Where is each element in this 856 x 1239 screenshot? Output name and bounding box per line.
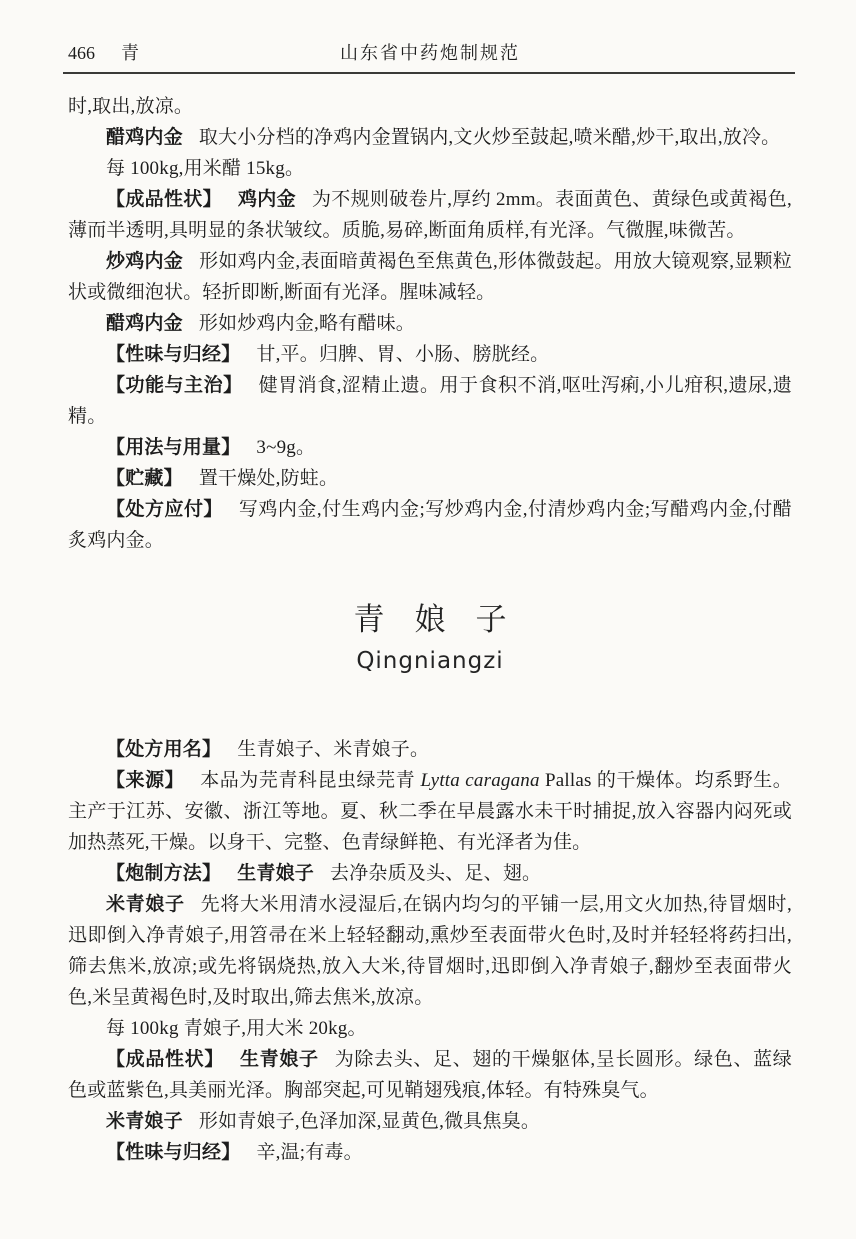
para-gongneng-zhuzhi: 【功能与主治】健胃消食,涩精止遗。用于食积不消,呕吐泻痢,小儿疳积,遗尿,遗精。 [68,370,792,432]
monograph-title-block: 青娘子 Qingniangzi [68,602,792,676]
paragraph-text: 甘,平。归脾、胃、小肠、膀胱经。 [256,344,549,365]
scanned-book-page: 466 青 山东省中药炮制规范 时,取出,放凉。 醋鸡内金取大小分档的净鸡内金置… [0,0,856,1239]
paragraph-text: 本品为芫青科昆虫绿芫青 [200,770,420,791]
drug-subname: 醋鸡内金 [106,313,183,334]
para-chufang-yongming: 【处方用名】生青娘子、米青娘子。 [68,734,792,765]
para-yongfa-yongliang: 【用法与用量】3~9g。 [68,432,792,463]
drug-subname: 炒鸡内金 [106,251,183,272]
section-char: 青 [121,42,139,64]
para-mi-desc: 米青娘子形如青娘子,色泽加深,显黄色,微具焦臭。 [68,1106,792,1137]
para-cu-jineijin-method: 醋鸡内金取大小分档的净鸡内金置锅内,文火炒至鼓起,喷米醋,炒干,取出,放冷。 [68,122,792,153]
para-mi-ratio: 每 100kg 青娘子,用大米 20kg。 [68,1013,792,1044]
paragraph-text: 形如青娘子,色泽加深,显黄色,微具焦臭。 [199,1111,540,1132]
section-label: 【炮制方法】 [106,863,221,884]
para-laiyuan: 【来源】本品为芫青科昆虫绿芫青 Lytta caragana Pallas 的干… [68,765,792,858]
para-xingwei-guijing: 【性味与归经】辛,温;有毒。 [68,1137,792,1168]
monograph-jineijin-tail: 时,取出,放凉。 醋鸡内金取大小分档的净鸡内金置锅内,文火炒至鼓起,喷米醋,炒干… [68,91,792,556]
paragraph-text: 3~9g。 [256,437,315,458]
section-label: 【来源】 [106,770,184,791]
drug-subname: 米青娘子 [106,1111,183,1132]
drug-subname: 生青娘子 [237,863,314,884]
paragraph-text: 取大小分档的净鸡内金置锅内,文火炒至鼓起,喷米醋,炒干,取出,放冷。 [199,127,781,148]
drug-subname: 生青娘子 [240,1049,319,1070]
paragraph-text: 生青娘子、米青娘子。 [237,739,429,760]
page-body: 时,取出,放凉。 醋鸡内金取大小分档的净鸡内金置锅内,文火炒至鼓起,喷米醋,炒干… [0,74,856,1168]
para-zhucang: 【贮藏】置干燥处,防蛀。 [68,463,792,494]
drug-subname: 醋鸡内金 [106,127,183,148]
section-label: 【贮藏】 [106,468,183,489]
latin-binomial: Lytta caragana [420,770,539,791]
section-label: 【性味与归经】 [106,1142,240,1163]
paragraph-text: 置干燥处,防蛀。 [199,468,338,489]
section-label: 【处方用名】 [106,739,221,760]
section-label: 【功能与主治】 [106,375,243,396]
paragraph-text: 辛,温;有毒。 [256,1142,362,1163]
para-cu-desc: 醋鸡内金形如炒鸡内金,略有醋味。 [68,308,792,339]
section-label: 【性味与归经】 [106,344,240,365]
folio-group: 466 青 [68,42,139,64]
paragraph-text: 去净杂质及头、足、翅。 [330,863,541,884]
running-head: 466 青 山东省中药炮制规范 [0,0,856,72]
book-title: 山东省中药炮制规范 [340,42,520,64]
para-chao-desc: 炒鸡内金形如鸡内金,表面暗黄褐色至焦黄色,形体微鼓起。用放大镜观察,显颗粒状或微… [68,246,792,308]
para-xingwei-guijing: 【性味与归经】甘,平。归脾、胃、小肠、膀胱经。 [68,339,792,370]
section-label: 【用法与用量】 [106,437,240,458]
para-mi-qingniangzi-method: 米青娘子先将大米用清水浸湿后,在锅内均匀的平铺一层,用文火加热,待冒烟时,迅即倒… [68,889,792,1013]
para-cu-ratio: 每 100kg,用米醋 15kg。 [68,153,792,184]
para-chengpin-xingzhuang: 【成品性状】鸡内金为不规则破卷片,厚约 2mm。表面黄色、黄绿色或黄褐色,薄而半… [68,184,792,246]
para-paozhi-fangfa: 【炮制方法】生青娘子去净杂质及头、足、翅。 [68,858,792,889]
paragraph-text: 形如炒鸡内金,略有醋味。 [199,313,415,334]
section-label: 【成品性状】 [106,189,222,210]
continuation-line: 时,取出,放凉。 [68,91,792,122]
section-label: 【处方应付】 [106,499,223,520]
monograph-qingniangzi: 【处方用名】生青娘子、米青娘子。 【来源】本品为芫青科昆虫绿芫青 Lytta c… [68,734,792,1168]
section-label: 【成品性状】 [106,1049,224,1070]
para-chengpin-xingzhuang: 【成品性状】生青娘子为除去头、足、翅的干燥躯体,呈长圆形。绿色、蓝绿色或蓝紫色,… [68,1044,792,1106]
monograph-title: 青娘子 [68,602,792,638]
page-number: 466 [68,42,95,64]
drug-subname: 鸡内金 [238,189,296,210]
monograph-pinyin: Qingniangzi [68,646,792,676]
drug-subname: 米青娘子 [106,894,185,915]
para-chufang-yingfu: 【处方应付】写鸡内金,付生鸡内金;写炒鸡内金,付清炒鸡内金;写醋鸡内金,付醋炙鸡… [68,494,792,556]
